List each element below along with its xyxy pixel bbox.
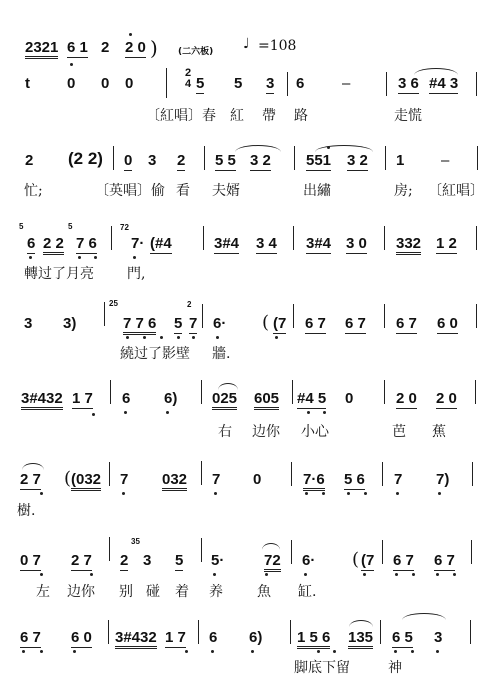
low-octave-dot <box>213 573 216 576</box>
low-octave-dot <box>40 573 43 576</box>
barline <box>291 540 292 564</box>
note-group: 6 7 <box>434 553 455 571</box>
note: 3) <box>63 316 76 332</box>
lyric: 左 <box>36 584 50 600</box>
note: (#4 <box>150 236 172 254</box>
lyric: 右 <box>218 424 232 440</box>
note-group: 025 <box>212 391 237 410</box>
barline <box>386 72 387 96</box>
note: 3 <box>434 630 442 646</box>
low-octave-dot <box>122 492 125 495</box>
barline <box>293 226 294 250</box>
opening-paren: ( <box>262 313 269 333</box>
note: 5 <box>196 76 204 94</box>
lyric: 看 <box>176 183 190 199</box>
barline <box>108 620 109 644</box>
note-group: 6 5 <box>392 630 413 648</box>
slur <box>262 543 280 550</box>
note-group: 5 6 <box>344 472 365 490</box>
lyric: 碰 <box>146 584 160 600</box>
lyric: 樹. <box>17 503 35 519</box>
note: 2 <box>120 553 128 571</box>
note: t <box>25 76 30 92</box>
lyric: 門, <box>127 266 145 282</box>
barline <box>384 226 385 250</box>
barline <box>382 540 383 564</box>
lyric: 〔紅唱〕春 <box>146 108 216 124</box>
barline <box>290 620 291 644</box>
barline <box>109 537 110 561</box>
low-octave-dot <box>364 492 367 495</box>
barline <box>475 380 476 404</box>
low-octave-dot <box>307 411 310 414</box>
barline <box>293 304 294 328</box>
low-octave-dot <box>177 336 180 339</box>
note: 7 <box>120 472 128 488</box>
note: 3 <box>148 153 156 169</box>
grace-note: 35 <box>131 538 140 546</box>
note: 0 <box>345 391 353 407</box>
note: 7· <box>131 236 144 252</box>
low-octave-dot <box>265 573 268 576</box>
barline <box>203 226 204 250</box>
note: 2 <box>177 153 185 171</box>
jianpu-score: 2321 6 1 2 2 0 ) (二六板) ♩ =108 t 0 0 0 2 … <box>0 0 493 690</box>
note: 0 <box>67 76 75 92</box>
grace-note: 72 <box>120 224 129 232</box>
barline <box>385 146 386 170</box>
barline <box>198 620 199 644</box>
note: 0 <box>253 472 261 488</box>
note-group: 2 0 <box>436 391 457 409</box>
low-octave-dot <box>453 573 456 576</box>
note-group: 032 <box>162 472 187 491</box>
slur <box>349 620 373 627</box>
lyric: 边你 <box>67 584 95 600</box>
barline <box>204 146 205 170</box>
note-group: 1 7 <box>72 391 93 409</box>
note: 1 <box>396 153 404 169</box>
low-octave-dot <box>40 650 43 653</box>
note-group: 3 2 <box>347 153 368 171</box>
low-octave-dot <box>126 336 129 339</box>
low-octave-dot <box>166 411 169 414</box>
note: 5 <box>234 76 242 92</box>
note: 6 <box>296 76 304 92</box>
lyric: 边你 <box>252 424 280 440</box>
low-octave-dot <box>304 573 307 576</box>
note-group: 3#4 <box>306 236 331 254</box>
note-group: 6 7 <box>305 316 326 334</box>
note-group: 7 7 6 <box>123 316 156 335</box>
note: 3 <box>143 553 151 569</box>
note-group: 5 5 <box>215 153 236 171</box>
low-octave-dot <box>394 650 397 653</box>
note: 3 <box>24 316 32 332</box>
note: 7 <box>394 472 402 488</box>
lyric: 着 <box>175 584 189 600</box>
note: 6· <box>213 316 226 332</box>
opening-paren: ( <box>64 469 71 489</box>
low-octave-dot <box>78 256 81 259</box>
slur <box>22 463 44 470</box>
low-octave-dot <box>185 650 188 653</box>
barline <box>382 462 383 486</box>
low-octave-dot <box>395 573 398 576</box>
low-octave-dot <box>305 492 308 495</box>
dash-hold: – <box>342 76 350 92</box>
lyric: 〔紅唱〕 <box>428 183 484 199</box>
note: 7 <box>189 316 197 334</box>
barline <box>287 72 288 96</box>
note-group: 332 <box>396 236 421 255</box>
slur <box>235 145 281 152</box>
lyric: 紅 <box>230 108 244 124</box>
note-group: 2 7 <box>20 472 41 490</box>
note-group: 6 0 <box>71 630 92 648</box>
note: 5· <box>211 553 224 569</box>
lyric: 神 <box>388 660 402 676</box>
note-group: 6 7 <box>393 553 414 571</box>
note-group: 3#432 <box>21 391 63 410</box>
note-group: 72 <box>264 553 281 572</box>
low-octave-dot <box>90 573 93 576</box>
slur <box>315 145 373 152</box>
low-octave-dot <box>333 650 336 653</box>
low-octave-dot <box>411 650 414 653</box>
note: 2 <box>25 153 33 169</box>
note-group: 2321 <box>25 40 58 59</box>
low-octave-dot <box>29 256 32 259</box>
note-group: #4 3 <box>429 76 458 94</box>
lyric: 出繡 <box>303 183 331 199</box>
lyric: 蕉 <box>432 424 446 440</box>
note-group: (2 2) <box>68 151 103 167</box>
low-octave-dot <box>92 413 95 416</box>
note: 6) <box>249 630 262 646</box>
low-octave-dot <box>363 573 366 576</box>
note-group: 7) <box>436 472 449 488</box>
note-group: 3 0 <box>346 236 367 254</box>
note: 2 <box>101 40 109 56</box>
note-group: 3 6 <box>398 76 419 94</box>
barline <box>166 68 167 98</box>
note-group: 3#4 <box>214 236 239 254</box>
barline <box>294 146 295 170</box>
low-octave-dot <box>275 336 278 339</box>
lyric: 〔英唱〕偷 <box>95 183 165 199</box>
barline <box>477 146 478 170</box>
slur <box>218 383 238 390</box>
note: 0 <box>101 76 109 92</box>
note-group: 2 7 <box>71 553 92 571</box>
barline <box>384 304 385 328</box>
grace-note: 5 <box>19 223 23 231</box>
note-group: 7·6 <box>303 472 325 491</box>
low-octave-dot <box>70 63 73 66</box>
note: 5 <box>174 316 182 334</box>
note-group: 3#432 <box>115 630 157 649</box>
note-group: 7 6 <box>76 236 97 254</box>
low-octave-dot <box>251 650 254 653</box>
low-octave-dot <box>124 411 127 414</box>
note-group: 3 2 <box>250 153 271 171</box>
barline <box>292 380 293 404</box>
note: 7 <box>212 472 220 488</box>
lyric: 轉过了月亮 <box>24 266 94 282</box>
lyric: 走慌 <box>394 108 422 124</box>
note: 6· <box>302 553 315 569</box>
grace-note: 25 <box>109 300 118 308</box>
slur <box>414 68 458 75</box>
note: 6 <box>122 391 130 407</box>
barline <box>109 462 110 486</box>
note-group: 0 7 <box>20 553 41 571</box>
barline <box>476 304 477 328</box>
low-octave-dot <box>133 256 136 259</box>
low-octave-dot <box>317 650 320 653</box>
barline <box>291 462 292 486</box>
low-octave-dot <box>216 336 219 339</box>
opening-paren: ( <box>352 550 359 570</box>
low-octave-dot <box>322 492 325 495</box>
note-group: 2 2 <box>43 236 64 255</box>
low-octave-dot <box>94 256 97 259</box>
low-octave-dot <box>214 492 217 495</box>
barline <box>472 462 473 486</box>
lyric: 忙; <box>24 183 43 199</box>
lyric: 魚 <box>257 584 271 600</box>
lyric: 小心 <box>301 424 329 440</box>
dash-hold: – <box>441 153 449 169</box>
low-octave-dot <box>192 336 195 339</box>
note: 0 <box>125 76 133 92</box>
lyric: 路 <box>294 108 308 124</box>
low-octave-dot <box>436 650 439 653</box>
tempo-value: =108 <box>258 38 296 54</box>
note: 3 <box>266 76 274 94</box>
lyric: 牆. <box>212 346 230 362</box>
low-octave-dot <box>22 650 25 653</box>
barline <box>201 380 202 404</box>
lyric: 别 <box>119 584 133 600</box>
note: 6 <box>209 630 217 646</box>
note: 6) <box>164 391 177 407</box>
closing-paren: ) <box>150 38 158 58</box>
note-group: 6 7 <box>396 316 417 334</box>
grace-note: 2 <box>187 301 191 309</box>
note-group: 6 7 <box>345 316 366 334</box>
note-group: 605 <box>254 391 279 410</box>
time-sig-bottom: 4 <box>183 79 193 90</box>
low-octave-dot <box>396 492 399 495</box>
barline <box>470 620 471 644</box>
barline <box>201 461 202 485</box>
barline <box>384 380 385 404</box>
tempo-note-icon: ♩ <box>243 36 250 52</box>
time-signature: 2 4 <box>183 68 193 90</box>
slur <box>402 613 446 620</box>
note-group: 6 1 <box>67 40 88 58</box>
low-octave-dot <box>160 336 163 339</box>
note-group: 1 5 6 <box>297 630 330 649</box>
board-type-label: (二六板) <box>178 44 213 57</box>
note-group: (032 <box>71 472 101 491</box>
barline <box>201 538 202 562</box>
note-group: 6 7 <box>20 630 41 648</box>
note: 6 <box>27 236 35 254</box>
high-octave-dot <box>129 33 132 36</box>
lyric: 缸. <box>298 584 316 600</box>
barline <box>104 302 105 326</box>
barline <box>380 620 381 644</box>
note-group: 3 4 <box>256 236 277 254</box>
note: (7 <box>273 316 286 334</box>
note-group: 1 2 <box>436 236 457 254</box>
note: (7 <box>361 553 374 571</box>
note-group: 135 <box>348 630 373 649</box>
lyric: 脚底下留 <box>294 660 350 676</box>
lyric: 帶 <box>262 108 276 124</box>
lyric: 芭 <box>392 424 406 440</box>
low-octave-dot <box>143 336 146 339</box>
note-group: 1 7 <box>165 630 186 648</box>
lyric: 繞过了影壁 <box>120 346 190 362</box>
barline <box>202 304 203 328</box>
low-octave-dot <box>438 492 441 495</box>
barline <box>111 226 112 250</box>
barline <box>471 540 472 564</box>
grace-note: 5 <box>68 223 72 231</box>
low-octave-dot <box>323 411 326 414</box>
low-octave-dot <box>211 650 214 653</box>
barline <box>476 72 477 96</box>
note-group: 6 0 <box>437 316 458 334</box>
lyric: 房; <box>394 183 413 199</box>
barline <box>113 146 114 170</box>
low-octave-dot <box>40 492 43 495</box>
note-group: 2 0 <box>125 40 146 58</box>
low-octave-dot <box>436 573 439 576</box>
note-group: 551 <box>306 153 331 171</box>
note-group: 2 0 <box>396 391 417 409</box>
lyric: 夫婿 <box>212 183 240 199</box>
low-octave-dot <box>412 573 415 576</box>
lyric: 养 <box>209 584 223 600</box>
low-octave-dot <box>347 492 350 495</box>
note: 5 <box>175 553 183 571</box>
low-octave-dot <box>73 650 76 653</box>
barline <box>476 226 477 250</box>
barline <box>110 380 111 404</box>
note-group: #4 5 <box>297 391 326 409</box>
note: 0 <box>124 153 132 171</box>
